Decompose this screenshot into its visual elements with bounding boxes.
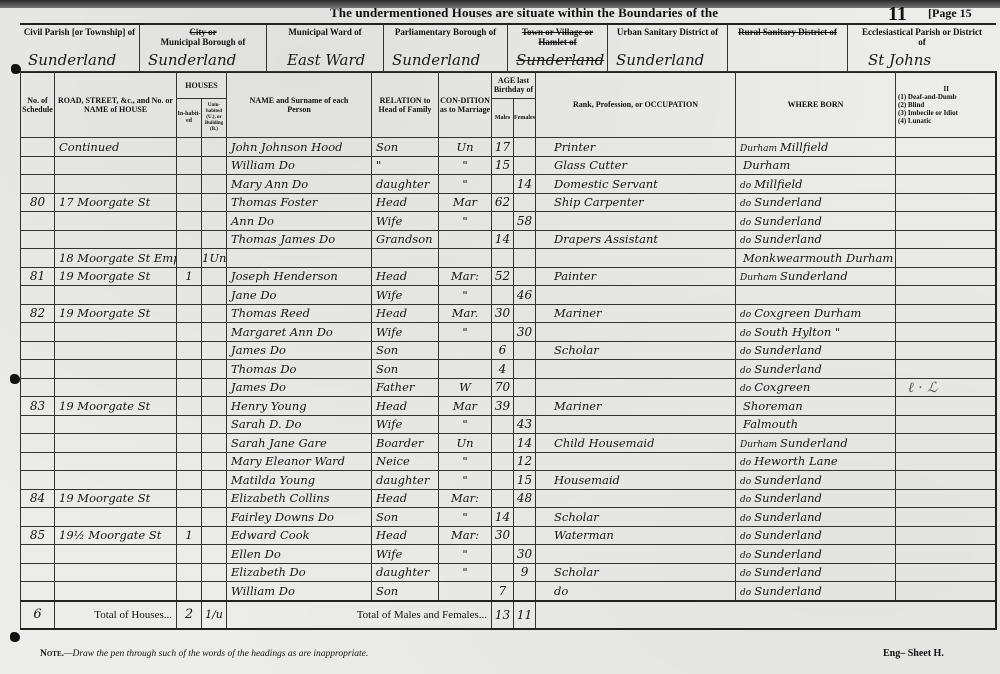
female-age-cell: 58 bbox=[514, 212, 536, 231]
uninhabited-cell bbox=[202, 360, 227, 379]
uninhabited-cell bbox=[202, 378, 227, 397]
person-name-cell: Ann Do bbox=[227, 212, 372, 231]
where-born-cell: doSunderland bbox=[736, 508, 896, 527]
condition-cell: W bbox=[439, 378, 492, 397]
district-label: Municipal Ward of bbox=[267, 25, 383, 37]
county-prefix: Durham bbox=[740, 440, 777, 450]
where-born-cell bbox=[736, 286, 896, 305]
male-age-cell bbox=[492, 545, 514, 564]
schedule-number-cell: 81 bbox=[21, 267, 55, 286]
schedule-number-cell bbox=[21, 286, 55, 305]
male-age-cell: 39 bbox=[492, 397, 514, 416]
male-age-cell: 4 bbox=[492, 360, 514, 379]
person-name-cell: Joseph Henderson bbox=[227, 267, 372, 286]
male-age-cell bbox=[492, 434, 514, 453]
male-age-cell: 30 bbox=[492, 526, 514, 545]
condition-cell bbox=[439, 582, 492, 601]
district-label: Ecclesiastical Parish or District of bbox=[848, 25, 996, 47]
female-age-cell bbox=[514, 249, 536, 268]
county-prefix: do bbox=[740, 569, 751, 579]
condition-cell bbox=[439, 341, 492, 360]
uninhabited-cell bbox=[202, 434, 227, 453]
inhabited-cell bbox=[177, 452, 202, 471]
schedule-number-cell: 83 bbox=[21, 397, 55, 416]
female-age-cell bbox=[514, 193, 536, 212]
where-born-cell: doSunderland bbox=[736, 526, 896, 545]
female-age-cell: 43 bbox=[514, 415, 536, 434]
district-value: Sunderland bbox=[616, 51, 704, 69]
where-born-cell: doSouth Hylton " bbox=[736, 323, 896, 342]
where-born-cell: doSunderland bbox=[736, 212, 896, 231]
table-row: James DoFatherW70doCoxgreen bbox=[21, 378, 996, 397]
address-cell bbox=[55, 212, 177, 231]
male-age-cell: 6 bbox=[492, 341, 514, 360]
table-row: Margaret Ann DoWife"30doSouth Hylton " bbox=[21, 323, 996, 342]
condition-cell: Un bbox=[439, 434, 492, 453]
footer-sheet-label: Eng– Sheet H. bbox=[883, 648, 944, 659]
inhabited-cell bbox=[177, 378, 202, 397]
schedule-number-cell bbox=[21, 378, 55, 397]
address-cell bbox=[55, 341, 177, 360]
county-prefix: do bbox=[740, 384, 751, 394]
uninhabited-cell bbox=[202, 267, 227, 286]
female-age-cell bbox=[514, 304, 536, 323]
uninhabited-cell bbox=[202, 323, 227, 342]
person-name-cell: Jane Do bbox=[227, 286, 372, 305]
infirmity-cell bbox=[896, 415, 996, 434]
table-row: Fairley Downs DoSon"14ScholardoSunderlan… bbox=[21, 508, 996, 527]
male-age-cell: 14 bbox=[492, 230, 514, 249]
male-age-cell bbox=[492, 212, 514, 231]
occupation-cell: Scholar bbox=[536, 508, 736, 527]
address-cell bbox=[55, 175, 177, 194]
inhabited-cell bbox=[177, 156, 202, 175]
condition-cell: Mar bbox=[439, 397, 492, 416]
person-name-cell: Mary Ann Do bbox=[227, 175, 372, 194]
header-name: NAME and Surname of each Person bbox=[227, 72, 372, 138]
county-prefix: do bbox=[740, 458, 751, 468]
condition-cell: " bbox=[439, 508, 492, 527]
female-age-cell: 48 bbox=[514, 489, 536, 508]
occupation-cell: do bbox=[536, 582, 736, 601]
where-born-cell: Falmouth bbox=[736, 415, 896, 434]
relation-cell: daughter bbox=[372, 471, 439, 490]
birthplace: Sunderland bbox=[780, 269, 848, 283]
birthplace: Sunderland bbox=[754, 214, 822, 228]
birthplace: Sunderland bbox=[754, 343, 822, 357]
male-age-cell bbox=[492, 415, 514, 434]
female-age-cell: 30 bbox=[514, 545, 536, 564]
occupation-cell bbox=[536, 286, 736, 305]
birthplace: Shoreman bbox=[743, 399, 803, 413]
header-occupation: Rank, Profession, or OCCUPATION bbox=[536, 72, 736, 138]
county-prefix: do bbox=[740, 495, 751, 505]
birthplace: Sunderland bbox=[754, 362, 822, 376]
relation-cell: Wife bbox=[372, 545, 439, 564]
schedule-number-cell bbox=[21, 341, 55, 360]
address-cell bbox=[55, 230, 177, 249]
schedule-number-cell bbox=[21, 415, 55, 434]
relation-cell: Head bbox=[372, 304, 439, 323]
table-row: 8017 Moorgate StThomas FosterHeadMar62Sh… bbox=[21, 193, 996, 212]
condition-cell: " bbox=[439, 323, 492, 342]
inhabited-cell bbox=[177, 563, 202, 582]
male-age-cell bbox=[492, 489, 514, 508]
district-label: Parliamentary Borough of bbox=[384, 25, 507, 37]
occupation-cell: Scholar bbox=[536, 341, 736, 360]
birthplace: Sunderland bbox=[754, 232, 822, 246]
uninhabited-cell bbox=[202, 508, 227, 527]
district-label: Hamlet of bbox=[538, 37, 576, 47]
birthplace: Sunderland bbox=[780, 436, 848, 450]
male-age-cell bbox=[492, 175, 514, 194]
inhabited-cell bbox=[177, 304, 202, 323]
infirmity-cell bbox=[896, 360, 996, 379]
inhabited-cell bbox=[177, 545, 202, 564]
table-row: Ann DoWife"58doSunderland bbox=[21, 212, 996, 231]
occupation-cell bbox=[536, 212, 736, 231]
infirmity-cell bbox=[896, 175, 996, 194]
page-label: [Page 15 bbox=[928, 6, 972, 21]
person-name-cell: Sarah Jane Gare bbox=[227, 434, 372, 453]
infirmity-cell bbox=[896, 526, 996, 545]
occupation-cell: Domestic Servant bbox=[536, 175, 736, 194]
uninhabited-cell bbox=[202, 304, 227, 323]
ink-blot bbox=[10, 374, 20, 384]
relation-cell: Head bbox=[372, 489, 439, 508]
male-age-cell bbox=[492, 249, 514, 268]
male-age-cell: 30 bbox=[492, 304, 514, 323]
inhabited-cell bbox=[177, 415, 202, 434]
birthplace: Sunderland bbox=[754, 547, 822, 561]
relation-cell: Head bbox=[372, 526, 439, 545]
total-houses-label: Total of Houses... bbox=[55, 601, 177, 629]
total-persons-label: Total of Males and Females... bbox=[227, 601, 492, 629]
infirmity-cell bbox=[896, 545, 996, 564]
census-rows: ContinuedJohn Johnson HoodSonUn17Printer… bbox=[21, 138, 996, 601]
condition-cell: Mar: bbox=[439, 267, 492, 286]
male-age-cell bbox=[492, 563, 514, 582]
address-cell bbox=[55, 471, 177, 490]
uninhabited-cell bbox=[202, 138, 227, 157]
condition-cell: " bbox=[439, 156, 492, 175]
female-age-cell: 12 bbox=[514, 452, 536, 471]
condition-cell bbox=[439, 249, 492, 268]
uninhabited-cell bbox=[202, 582, 227, 601]
person-name-cell: James Do bbox=[227, 341, 372, 360]
infirmity-cell bbox=[896, 397, 996, 416]
birthplace: Durham bbox=[743, 158, 790, 172]
schedule-number-cell bbox=[21, 545, 55, 564]
address-cell bbox=[55, 360, 177, 379]
district-label: Civil Parish [or Township] of bbox=[20, 25, 139, 37]
inhabited-cell bbox=[177, 230, 202, 249]
relation-cell: Wife bbox=[372, 212, 439, 231]
schedule-number-cell bbox=[21, 249, 55, 268]
female-age-cell bbox=[514, 508, 536, 527]
header-houses: HOUSES bbox=[177, 72, 227, 99]
birthplace: Monkwearmouth Durham bbox=[743, 251, 893, 265]
condition-cell: Un bbox=[439, 138, 492, 157]
infirmity-cell bbox=[896, 341, 996, 360]
table-row: Jane DoWife"46 bbox=[21, 286, 996, 305]
relation-cell: daughter bbox=[372, 563, 439, 582]
county-prefix: do bbox=[740, 532, 751, 542]
schedule-number-cell bbox=[21, 434, 55, 453]
relation-cell: Boarder bbox=[372, 434, 439, 453]
inhabited-cell: 1 bbox=[177, 267, 202, 286]
header-address: ROAD, STREET, &c., and No. or NAME of HO… bbox=[55, 72, 177, 138]
person-name-cell: Matilda Young bbox=[227, 471, 372, 490]
occupation-cell: Drapers Assistant bbox=[536, 230, 736, 249]
birthplace: Coxgreen Durham bbox=[754, 306, 861, 320]
schedule-number-cell bbox=[21, 471, 55, 490]
condition-cell: " bbox=[439, 175, 492, 194]
person-name-cell: William Do bbox=[227, 582, 372, 601]
relation-cell: Head bbox=[372, 193, 439, 212]
condition-cell bbox=[439, 230, 492, 249]
inhabited-cell bbox=[177, 489, 202, 508]
address-cell bbox=[55, 156, 177, 175]
infirmity-cell bbox=[896, 193, 996, 212]
county-prefix: do bbox=[740, 310, 751, 320]
birthplace: Sunderland bbox=[754, 528, 822, 542]
inhabited-cell bbox=[177, 508, 202, 527]
inhabited-cell: 1 bbox=[177, 526, 202, 545]
occupation-cell: Glass Cutter bbox=[536, 156, 736, 175]
inhabited-cell bbox=[177, 138, 202, 157]
census-page: The undermentioned Houses are situate wi… bbox=[0, 0, 1000, 674]
inhabited-cell bbox=[177, 341, 202, 360]
header-uninhabited: Unin-habited (U.), or Building (B.) bbox=[202, 99, 227, 138]
male-age-cell: 15 bbox=[492, 156, 514, 175]
infirmity-cell bbox=[896, 304, 996, 323]
female-age-cell bbox=[514, 230, 536, 249]
schedule-number-cell bbox=[21, 156, 55, 175]
condition-cell: " bbox=[439, 563, 492, 582]
table-row: James DoSon6ScholardoSunderland bbox=[21, 341, 996, 360]
uninhabited-cell bbox=[202, 415, 227, 434]
relation-cell: Son bbox=[372, 582, 439, 601]
county-prefix: do bbox=[740, 514, 751, 524]
district-label: Urban Sanitary District of bbox=[608, 25, 727, 37]
infirmity-cell bbox=[896, 212, 996, 231]
where-born-cell: Durham bbox=[736, 156, 896, 175]
header-age: AGE last Birthday of bbox=[492, 72, 536, 99]
district-urban-sanitary: Urban Sanitary District of Sunderland bbox=[608, 25, 728, 71]
district-label-struck: City or bbox=[189, 27, 216, 37]
occupation-cell: Waterman bbox=[536, 526, 736, 545]
schedule-number-cell bbox=[21, 508, 55, 527]
address-cell: 19 Moorgate St bbox=[55, 489, 177, 508]
table-row: 8219 Moorgate StThomas ReedHeadMar.30Mar… bbox=[21, 304, 996, 323]
inhabited-cell bbox=[177, 212, 202, 231]
relation-cell: Head bbox=[372, 397, 439, 416]
birthplace: Sunderland bbox=[754, 510, 822, 524]
female-age-cell: 14 bbox=[514, 434, 536, 453]
where-born-cell: DurhamSunderland bbox=[736, 267, 896, 286]
occupation-cell: Mariner bbox=[536, 397, 736, 416]
female-age-cell bbox=[514, 138, 536, 157]
total-blank bbox=[536, 601, 996, 629]
district-header: Civil Parish [or Township] of Sunderland… bbox=[20, 23, 996, 73]
female-age-cell bbox=[514, 156, 536, 175]
occupation-cell: Scholar bbox=[536, 563, 736, 582]
person-name-cell: Ellen Do bbox=[227, 545, 372, 564]
table-row: Elizabeth Dodaughter"9ScholardoSunderlan… bbox=[21, 563, 996, 582]
person-name-cell: Thomas Foster bbox=[227, 193, 372, 212]
person-name-cell: John Johnson Hood bbox=[227, 138, 372, 157]
infirmity-cell bbox=[896, 286, 996, 305]
address-cell bbox=[55, 415, 177, 434]
condition-cell: " bbox=[439, 452, 492, 471]
where-born-cell: DurhamSunderland bbox=[736, 434, 896, 453]
inhabited-cell bbox=[177, 286, 202, 305]
where-born-cell: doCoxgreen bbox=[736, 378, 896, 397]
ink-blot bbox=[10, 632, 20, 642]
person-name-cell: Elizabeth Do bbox=[227, 563, 372, 582]
female-age-cell bbox=[514, 582, 536, 601]
relation-cell: daughter bbox=[372, 175, 439, 194]
person-name-cell: Thomas Do bbox=[227, 360, 372, 379]
census-table: No. of Schedule ROAD, STREET, &c., and N… bbox=[20, 71, 997, 630]
table-row: Mary Eleanor WardNeice"12doHeworth Lane bbox=[21, 452, 996, 471]
where-born-cell: doSunderland bbox=[736, 563, 896, 582]
uninhabited-cell bbox=[202, 526, 227, 545]
uninhabited-cell bbox=[202, 175, 227, 194]
relation-cell: Wife bbox=[372, 415, 439, 434]
where-born-cell: doSunderland bbox=[736, 193, 896, 212]
table-row: Thomas DoSon4doSunderland bbox=[21, 360, 996, 379]
occupation-cell: Ship Carpenter bbox=[536, 193, 736, 212]
infirmity-cell bbox=[896, 434, 996, 453]
county-prefix: do bbox=[740, 588, 751, 598]
condition-cell: " bbox=[439, 471, 492, 490]
relation-cell: Wife bbox=[372, 323, 439, 342]
uninhabited-cell bbox=[202, 563, 227, 582]
schedule-number-cell: 82 bbox=[21, 304, 55, 323]
birthplace: Heworth Lane bbox=[754, 454, 838, 468]
where-born-cell: doSunderland bbox=[736, 230, 896, 249]
header-relation: RELATION to Head of Family bbox=[372, 72, 439, 138]
address-cell bbox=[55, 434, 177, 453]
address-cell: 17 Moorgate St bbox=[55, 193, 177, 212]
total-uninhabited: 1/u bbox=[202, 601, 227, 629]
schedule-number-cell bbox=[21, 563, 55, 582]
schedule-number-cell bbox=[21, 230, 55, 249]
condition-cell: Mar. bbox=[439, 304, 492, 323]
female-age-cell: 14 bbox=[514, 175, 536, 194]
schedule-number-cell: 80 bbox=[21, 193, 55, 212]
schedule-number-cell: 84 bbox=[21, 489, 55, 508]
where-born-cell: doSunderland bbox=[736, 360, 896, 379]
person-name-cell: Sarah D. Do bbox=[227, 415, 372, 434]
pencil-annotation: ℓ · ℒ bbox=[908, 380, 937, 397]
person-name-cell: Edward Cook bbox=[227, 526, 372, 545]
district-label: Municipal Borough of bbox=[161, 37, 246, 47]
header-inhabited: In-habit-ed bbox=[177, 99, 202, 138]
district-value: Sunderland bbox=[392, 51, 480, 69]
county-prefix: do bbox=[740, 329, 751, 339]
district-value: St Johns bbox=[868, 51, 931, 69]
inhabited-cell bbox=[177, 397, 202, 416]
total-inhabited: 2 bbox=[177, 601, 202, 629]
male-age-cell bbox=[492, 323, 514, 342]
uninhabited-cell bbox=[202, 471, 227, 490]
address-cell bbox=[55, 452, 177, 471]
table-row: William DoSon7dodoSunderland bbox=[21, 582, 996, 601]
table-row: 8419 Moorgate StElizabeth CollinsHeadMar… bbox=[21, 489, 996, 508]
occupation-cell bbox=[536, 452, 736, 471]
person-name-cell bbox=[227, 249, 372, 268]
female-age-cell bbox=[514, 360, 536, 379]
infirmity-cell bbox=[896, 138, 996, 157]
uninhabited-cell bbox=[202, 230, 227, 249]
condition-cell: " bbox=[439, 545, 492, 564]
district-municipal-ward: Municipal Ward of East Ward bbox=[267, 25, 384, 71]
male-age-cell bbox=[492, 452, 514, 471]
female-age-cell: 15 bbox=[514, 471, 536, 490]
condition-cell bbox=[439, 360, 492, 379]
inhabited-cell bbox=[177, 193, 202, 212]
address-cell: 18 Moorgate St Empty bbox=[55, 249, 177, 268]
relation-cell: Son bbox=[372, 341, 439, 360]
uninhabited-cell bbox=[202, 489, 227, 508]
male-age-cell bbox=[492, 286, 514, 305]
table-row: 8119 Moorgate St1Joseph HendersonHeadMar… bbox=[21, 267, 996, 286]
infirmity-cell bbox=[896, 563, 996, 582]
person-name-cell: Elizabeth Collins bbox=[227, 489, 372, 508]
where-born-cell: doHeworth Lane bbox=[736, 452, 896, 471]
table-row: Sarah Jane GareBoarderUn14Child Housemai… bbox=[21, 434, 996, 453]
schedule-number-cell bbox=[21, 138, 55, 157]
ink-blot bbox=[11, 64, 21, 74]
occupation-cell bbox=[536, 415, 736, 434]
district-town-village: Town or Village orHamlet of Sunderland bbox=[508, 25, 608, 71]
birthplace: Millfield bbox=[780, 140, 828, 154]
county-prefix: do bbox=[740, 551, 751, 561]
county-prefix: Durham bbox=[740, 144, 777, 154]
occupation-cell: Mariner bbox=[536, 304, 736, 323]
person-name-cell: Fairley Downs Do bbox=[227, 508, 372, 527]
county-prefix: do bbox=[740, 199, 751, 209]
female-age-cell bbox=[514, 378, 536, 397]
where-born-cell: Monkwearmouth Durham bbox=[736, 249, 896, 268]
where-born-cell: doMillfield bbox=[736, 175, 896, 194]
birthplace: Coxgreen bbox=[754, 380, 810, 394]
address-cell bbox=[55, 378, 177, 397]
relation-cell: Head bbox=[372, 267, 439, 286]
where-born-cell: doSunderland bbox=[736, 545, 896, 564]
district-municipal-borough: City orMunicipal Borough of Sunderland bbox=[140, 25, 267, 71]
infirmity-cell bbox=[896, 230, 996, 249]
address-cell bbox=[55, 323, 177, 342]
uninhabited-cell bbox=[202, 341, 227, 360]
table-row: Mary Ann Dodaughter"14Domestic Servantdo… bbox=[21, 175, 996, 194]
county-prefix: do bbox=[740, 477, 751, 487]
table-row: 18 Moorgate St Empty1UnMonkwearmouth Dur… bbox=[21, 249, 996, 268]
relation-cell bbox=[372, 249, 439, 268]
infirmity-cell bbox=[896, 249, 996, 268]
schedule-number-cell bbox=[21, 582, 55, 601]
female-age-cell bbox=[514, 526, 536, 545]
male-age-cell: 17 bbox=[492, 138, 514, 157]
condition-cell: " bbox=[439, 212, 492, 231]
table-row: Ellen DoWife"30doSunderland bbox=[21, 545, 996, 564]
address-cell bbox=[55, 545, 177, 564]
condition-cell: Mar: bbox=[439, 489, 492, 508]
person-name-cell: Thomas James Do bbox=[227, 230, 372, 249]
